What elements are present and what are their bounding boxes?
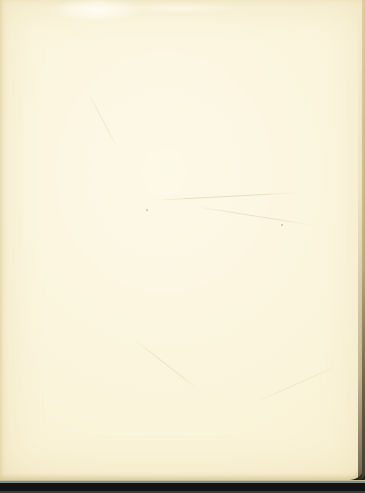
scanned-page [0, 0, 365, 493]
page-surface [0, 0, 365, 480]
paper-speck [281, 224, 283, 226]
highlight-smudge-secondary [120, 2, 240, 14]
paper-speck [146, 209, 148, 211]
page-right-edge-shadow [358, 0, 365, 480]
book-edge-bottom [0, 480, 365, 493]
